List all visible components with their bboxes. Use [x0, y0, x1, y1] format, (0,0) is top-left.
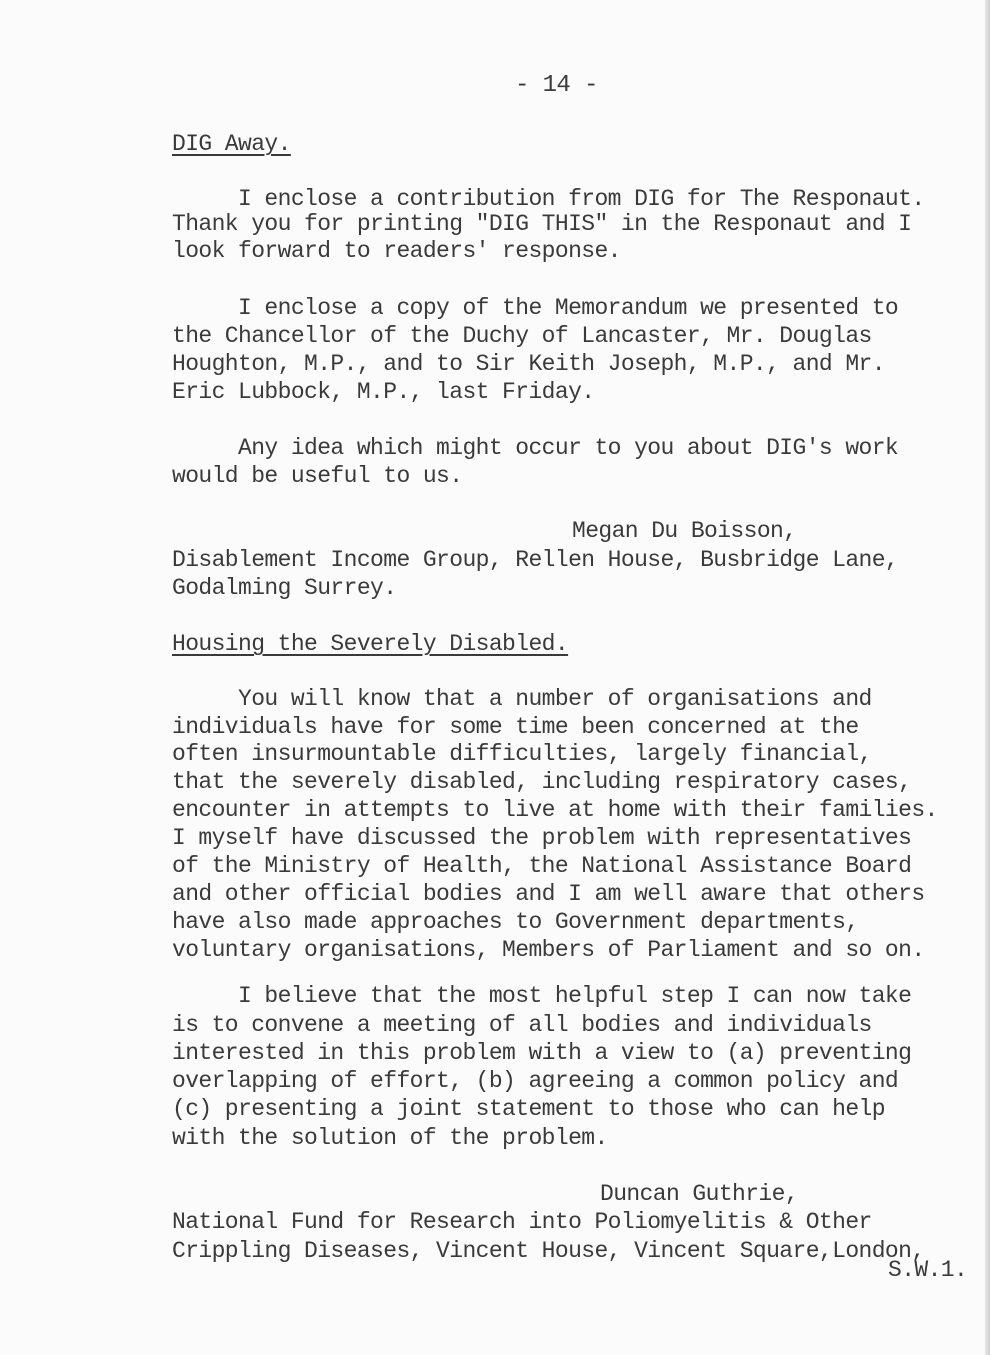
text-line: Eric Lubbock, M.P., last Friday.	[172, 378, 594, 406]
text-line: with the solution of the problem.	[172, 1124, 608, 1152]
text-line: I enclose a contribution from DIG for Th…	[172, 185, 925, 213]
text-line: is to convene a meeting of all bodies an…	[172, 1011, 872, 1039]
text-line: would be useful to us.	[172, 462, 462, 490]
signatory-address: S.W.1.	[888, 1256, 967, 1284]
section-heading-dig-away: DIG Away.	[172, 130, 291, 158]
text-line: I believe that the most helpful step I c…	[172, 982, 911, 1010]
text-line: Any idea which might occur to you about …	[172, 434, 898, 462]
text-line: interested in this problem with a view t…	[172, 1039, 911, 1067]
text-line: (c) presenting a joint statement to thos…	[172, 1095, 885, 1123]
text-line: the Chancellor of the Duchy of Lancaster…	[172, 322, 872, 350]
text-line: that the severely disabled, including re…	[172, 768, 911, 796]
signatory-address: National Fund for Research into Poliomye…	[172, 1208, 872, 1236]
text-line: look forward to readers' response.	[172, 237, 621, 265]
text-line: I myself have discussed the problem with…	[172, 824, 911, 852]
text-line: encounter in attempts to live at home wi…	[172, 796, 938, 824]
text-line: and other official bodies and I am well …	[172, 880, 925, 908]
text-line: overlapping of effort, (b) agreeing a co…	[172, 1067, 898, 1095]
text-line: voluntary organisations, Members of Parl…	[172, 936, 925, 964]
text-line: have also made approaches to Government …	[172, 908, 859, 936]
text-line: Houghton, M.P., and to Sir Keith Joseph,…	[172, 350, 885, 378]
text-line: often insurmountable difficulties, large…	[172, 740, 872, 768]
page-edge	[985, 0, 990, 1355]
text-line: Thank you for printing "DIG THIS" in the…	[172, 210, 911, 238]
signatory-address: Disablement Income Group, Rellen House, …	[172, 546, 898, 574]
page-number: - 14 -	[515, 72, 598, 100]
text-line: I enclose a copy of the Memorandum we pr…	[172, 294, 898, 322]
signatory-name: Megan Du Boisson,	[572, 517, 796, 545]
section-heading-housing: Housing the Severely Disabled.	[172, 630, 568, 658]
signatory-address: Godalming Surrey.	[172, 574, 396, 602]
text-line: of the Ministry of Health, the National …	[172, 852, 911, 880]
text-line: You will know that a number of organisat…	[172, 685, 872, 713]
signatory-address: Crippling Diseases, Vincent House, Vince…	[172, 1237, 925, 1265]
signatory-name: Duncan Guthrie,	[600, 1180, 798, 1208]
text-line: individuals have for some time been conc…	[172, 713, 859, 741]
